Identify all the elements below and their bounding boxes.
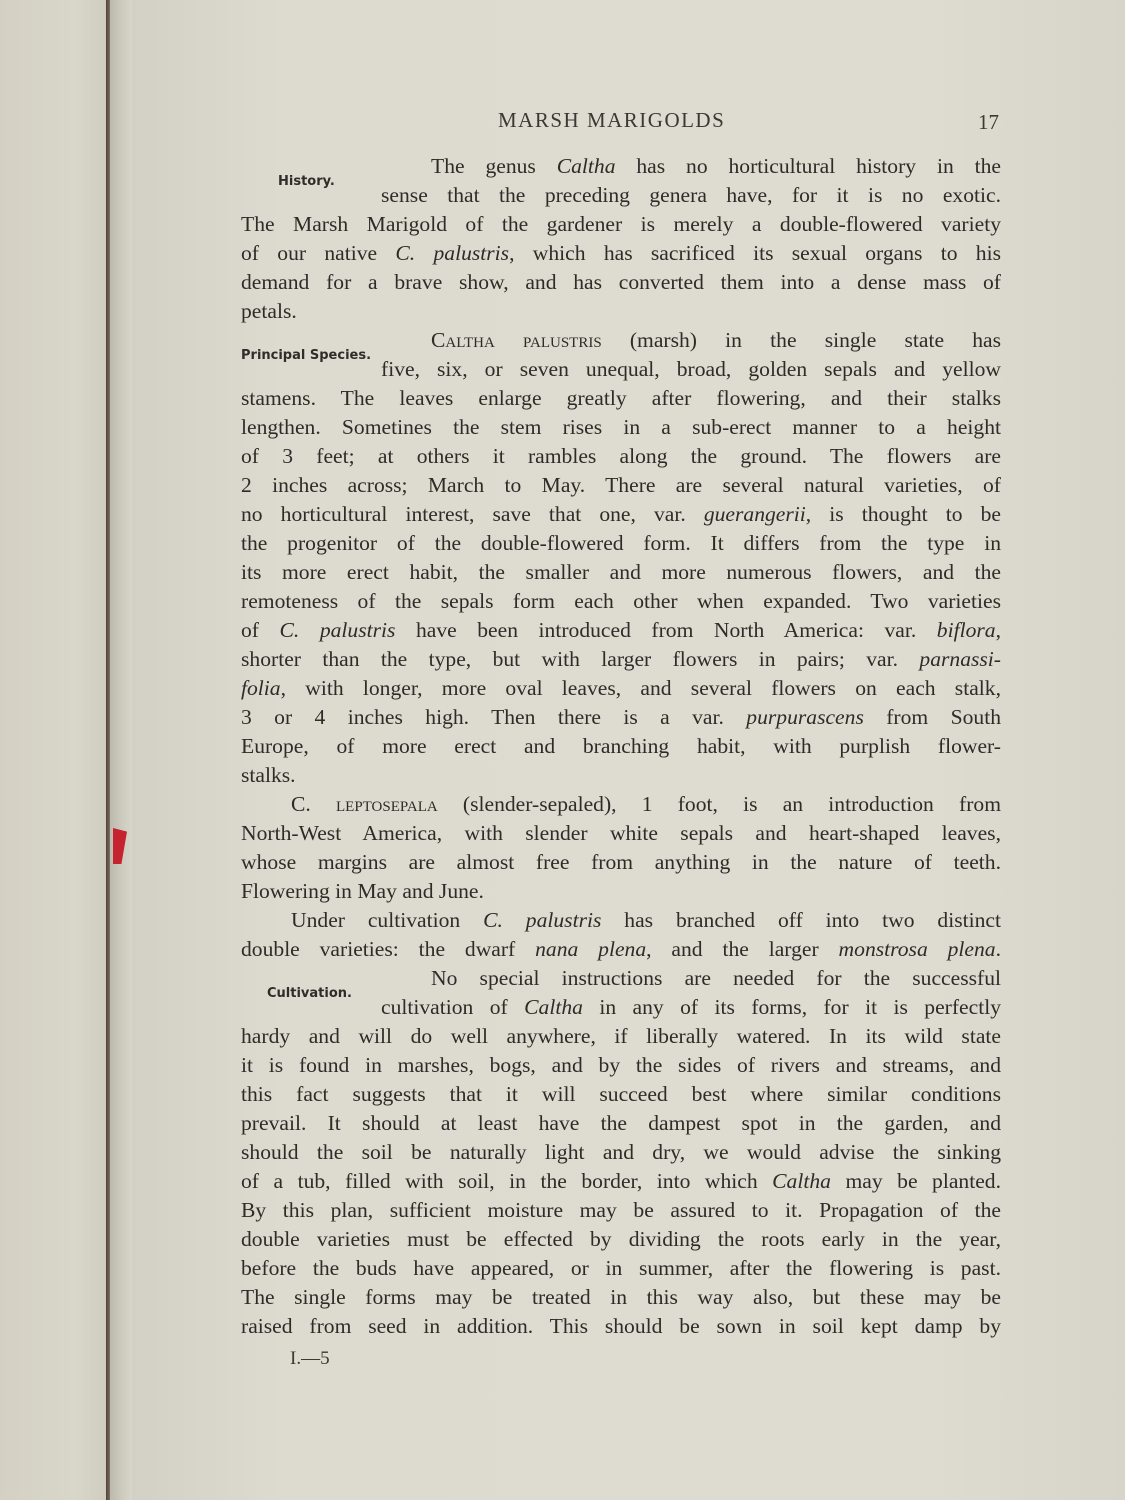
text-line: sense that the preceding genera have, fo… — [241, 181, 1001, 210]
text-line: The Marsh Marigold of the gardener is me… — [241, 210, 1001, 239]
text-line: shorter than the type, but with larger f… — [241, 645, 1001, 674]
text-line: Flowering in May and June. — [241, 877, 1001, 906]
text-line: The single forms may be treated in this … — [241, 1283, 1001, 1312]
text-line: hardy and will do well anywhere, if libe… — [241, 1022, 1001, 1051]
text-line: this fact suggests that it will succeed … — [241, 1080, 1001, 1109]
text-line: Europe, of more erect and branching habi… — [241, 732, 1001, 761]
text-line: of our native C. palustris, which has sa… — [241, 239, 1001, 268]
text-line: of C. palustris have been introduced fro… — [241, 616, 1001, 645]
text-line: prevail. It should at least have the dam… — [241, 1109, 1001, 1138]
text-line: double varieties: the dwarf nana plena, … — [241, 935, 1001, 964]
text-line: stamens. The leaves enlarge greatly afte… — [241, 384, 1001, 413]
page-gutter — [110, 0, 132, 1500]
text-line: 3 or 4 inches high. Then there is a var.… — [241, 703, 1001, 732]
text-line: its more erect habit, the smaller and mo… — [241, 558, 1001, 587]
signature-mark: I.—5 — [290, 1348, 330, 1370]
text-line: of a tub, filled with soil, in the borde… — [241, 1167, 1001, 1196]
text-line: demand for a brave show, and has convert… — [241, 268, 1001, 297]
text-line: C. leptosepala (slender-sepaled), 1 foot… — [241, 790, 1001, 819]
text-line: no horticultural interest, save that one… — [241, 500, 1001, 529]
text-line: before the buds have appeared, or in sum… — [241, 1254, 1001, 1283]
text-line: folia, with longer, more oval leaves, an… — [241, 674, 1001, 703]
text-line: the progenitor of the double-flowered fo… — [241, 529, 1001, 558]
text-line: should the soil be naturally light and d… — [241, 1138, 1001, 1167]
text-line: No special instructions are needed for t… — [241, 964, 1001, 993]
text-line: By this plan, sufficient moisture may be… — [241, 1196, 1001, 1225]
text-line: raised from seed in addition. This shoul… — [241, 1312, 1001, 1341]
text-line: petals. — [241, 297, 1001, 326]
text-line: double varieties must be effected by div… — [241, 1225, 1001, 1254]
text-line: cultivation of Caltha in any of its form… — [241, 993, 1001, 1022]
page-number: 17 — [978, 110, 999, 135]
text-line: North-West America, with slender white s… — [241, 819, 1001, 848]
text-line: 2 inches across; March to May. There are… — [241, 471, 1001, 500]
body-text: The genus Caltha has no horticultural hi… — [241, 152, 1001, 1341]
text-line: it is found in marshes, bogs, and by the… — [241, 1051, 1001, 1080]
text-line: five, six, or seven unequal, broad, gold… — [241, 355, 1001, 384]
facing-page-edge — [0, 0, 108, 1500]
text-line: of 3 feet; at others it rambles along th… — [241, 442, 1001, 471]
text-line: stalks. — [241, 761, 1001, 790]
text-line: remoteness of the sepals form each other… — [241, 587, 1001, 616]
running-head: MARSH MARIGOLDS — [498, 108, 725, 133]
text-line: The genus Caltha has no horticultural hi… — [241, 152, 1001, 181]
text-line: Under cultivation C. palustris has branc… — [241, 906, 1001, 935]
text-line: whose margins are almost free from anyth… — [241, 848, 1001, 877]
text-line: Caltha palustris (marsh) in the single s… — [241, 326, 1001, 355]
text-line: lengthen. Sometines the stem rises in a … — [241, 413, 1001, 442]
